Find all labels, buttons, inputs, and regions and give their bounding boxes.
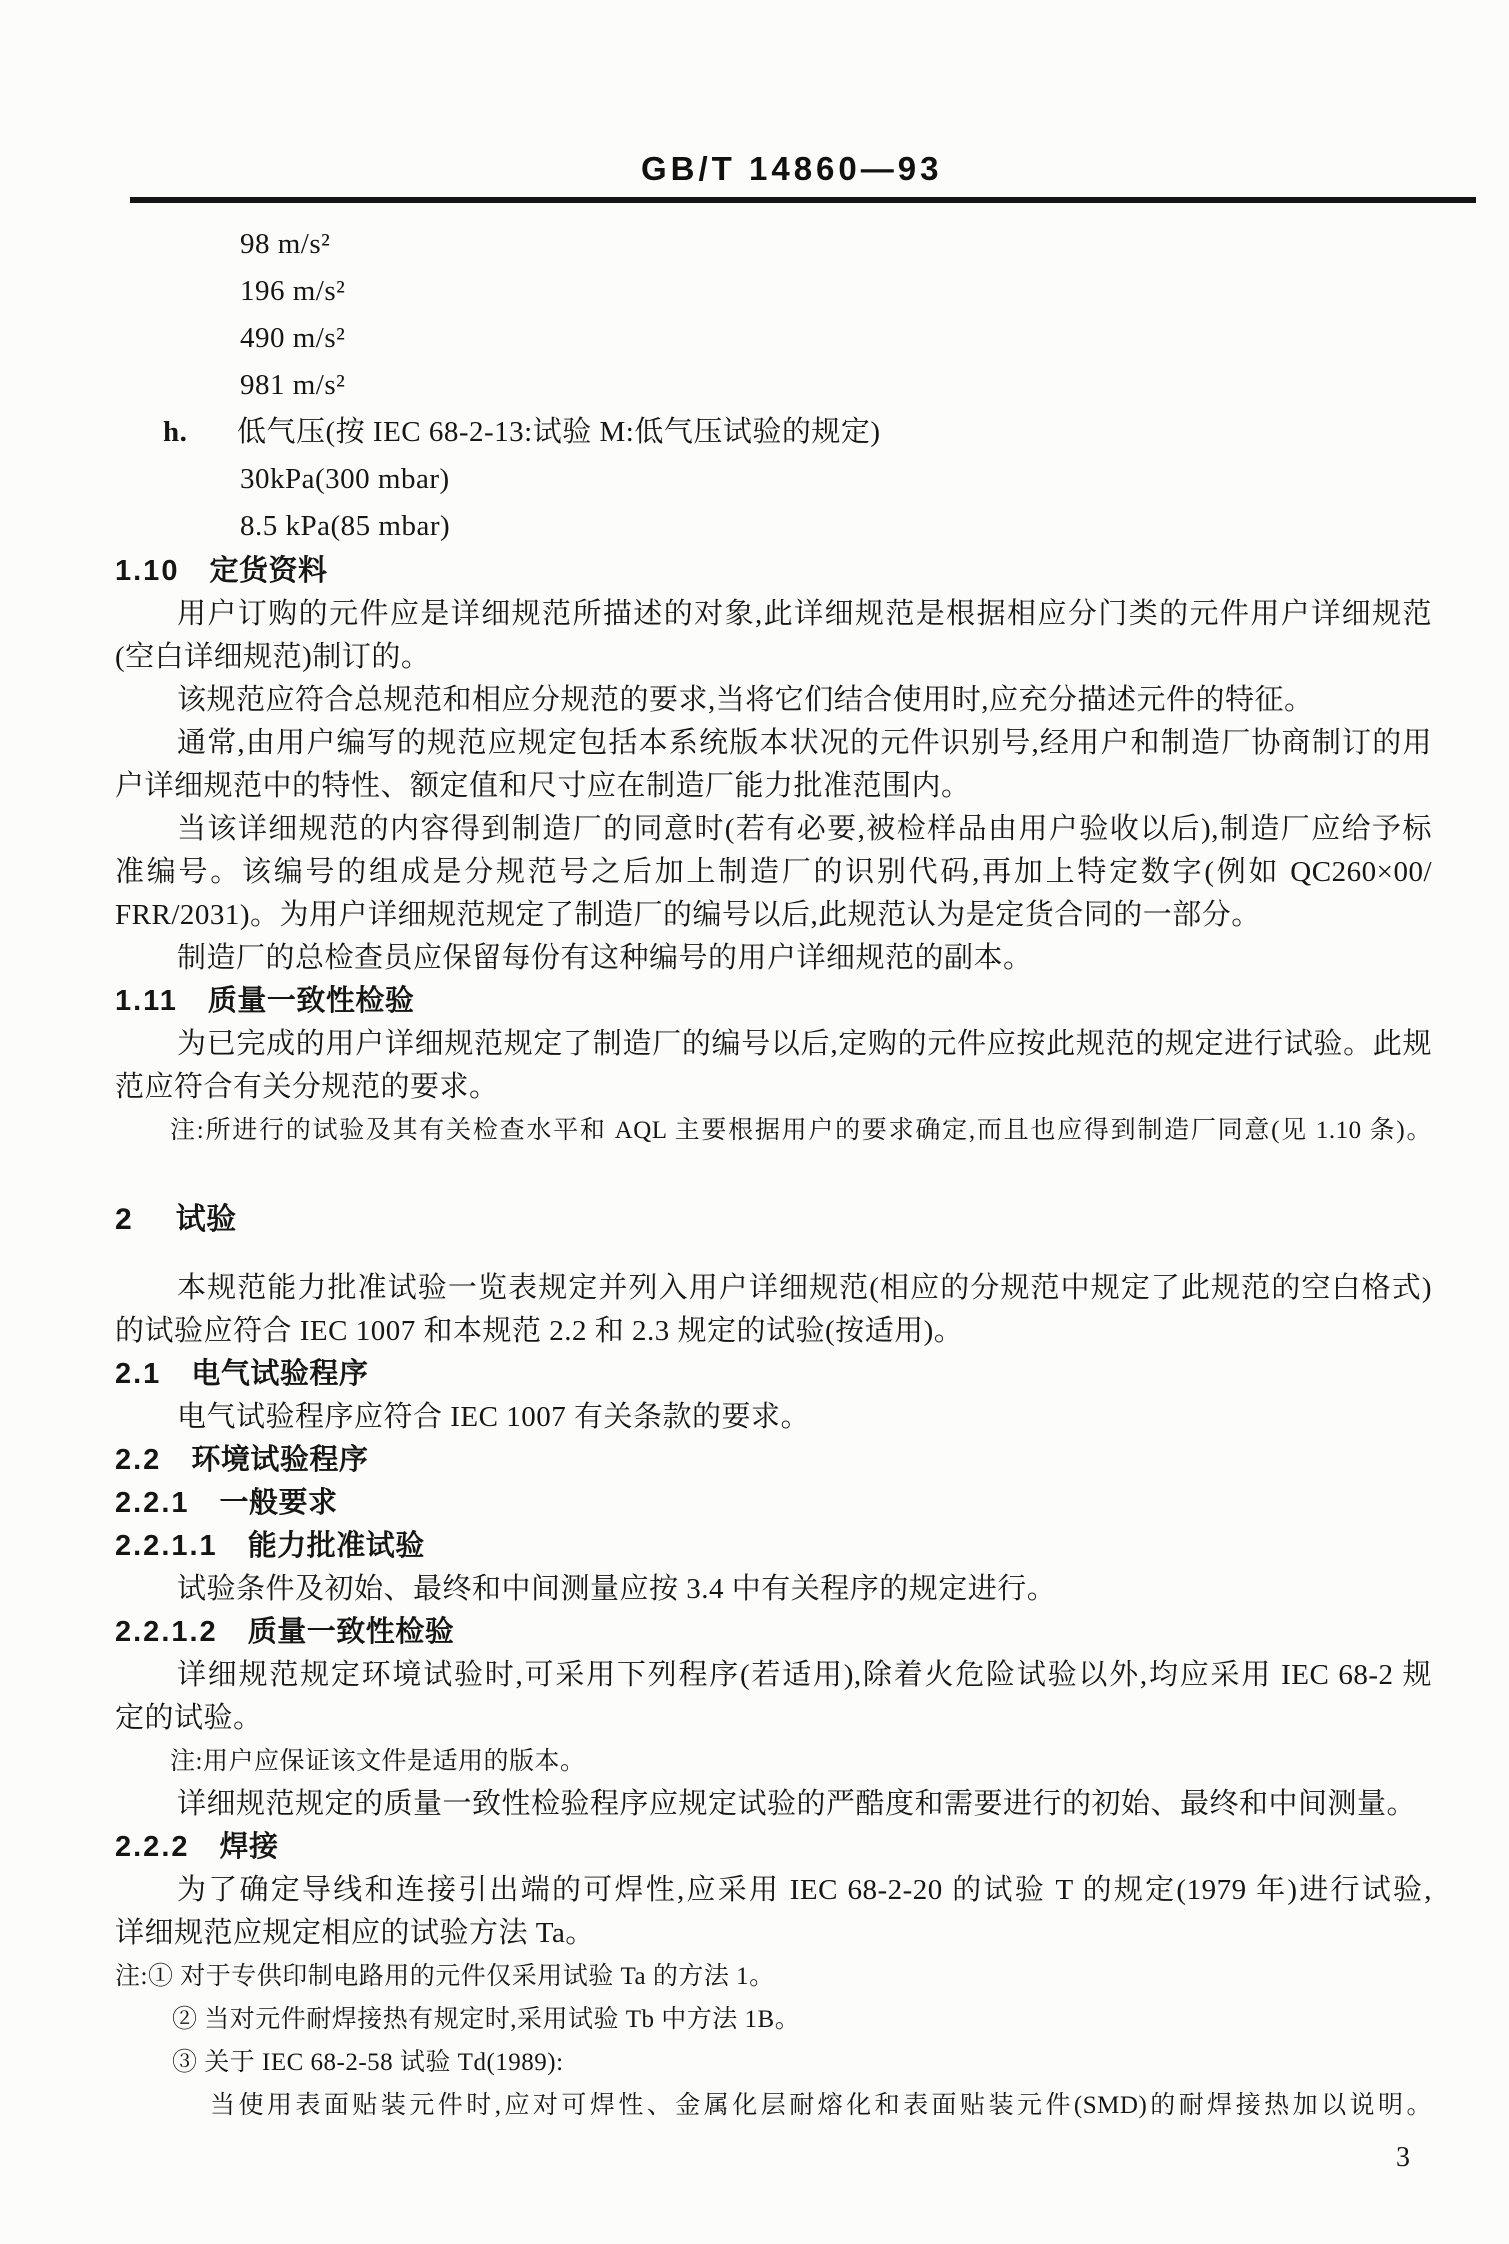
clause-title: 试验: [176, 1203, 237, 1236]
value-line: 490 m/s²: [115, 315, 1432, 362]
value-line: 196 m/s²: [115, 268, 1432, 315]
header-rule: [130, 197, 1476, 203]
value-line: 98 m/s²: [115, 221, 1432, 268]
paragraph-line: 详细规范规定环境试验时,可采用下列程序(若适用),除着火危险试验以外,均应采用 …: [115, 1654, 1432, 1697]
clause-title: 质量一致性检验: [248, 1616, 455, 1648]
clause-heading: 2.2环境试验程序: [115, 1439, 1432, 1482]
paragraph-line: FRR/2031)。为用户详细规范规定了制造厂的编号以后,此规范认为是定货合同的…: [115, 894, 1432, 937]
clause-heading: 2.2.1一般要求: [115, 1482, 1432, 1525]
clause-title: 一般要求: [220, 1487, 338, 1519]
paragraph-line: 试验条件及初始、最终和中间测量应按 3.4 中有关程序的规定进行。: [115, 1568, 1432, 1611]
paragraph-line: 用户订购的元件应是详细规范所描述的对象,此详细规范是根据相应分门类的元件用户详细…: [115, 593, 1432, 636]
clause-heading: 2.1电气试验程序: [115, 1353, 1432, 1396]
item-label: h.: [163, 409, 237, 456]
paragraph-line: 为了确定导线和连接引出端的可焊性,应采用 IEC 68-2-20 的试验 T 的…: [115, 1869, 1432, 1912]
paragraph-line: 准编号。该编号的组成是分规范号之后加上制造厂的识别代码,再加上特定数字(例如 Q…: [115, 851, 1432, 894]
page-number: 3: [1396, 2142, 1410, 2174]
note-line: ③ 关于 IEC 68-2-58 试验 Td(1989):: [115, 2041, 1432, 2084]
item-text: 低气压(按 IEC 68-2-13:试验 M:低气压试验的规定): [237, 416, 881, 448]
chapter-heading: 2试验: [115, 1198, 1432, 1241]
clause-number: 2.2.2: [115, 1831, 190, 1863]
note-line: ② 当对元件耐焊接热有规定时,采用试验 Tb 中方法 1B。: [115, 1998, 1432, 2041]
clause-title: 质量一致性检验: [208, 985, 415, 1017]
clause-title: 电气试验程序: [191, 1358, 368, 1390]
value-line: 30kPa(300 mbar): [115, 456, 1432, 503]
note-line: 当使用表面贴装元件时,应对可焊性、金属化层耐熔化和表面贴装元件(SMD)的耐焊接…: [115, 2084, 1432, 2127]
clause-number: 2.2.1: [115, 1487, 190, 1519]
clause-heading: 2.2.2焊接: [115, 1826, 1432, 1869]
clause-number: 2.2.1.2: [115, 1616, 218, 1648]
clause-title: 环境试验程序: [191, 1444, 368, 1476]
clause-title: 定货资料: [209, 555, 327, 587]
paragraph-line: 通常,由用户编写的规范应规定包括本系统版本状况的元件识别号,经用户和制造厂协商制…: [115, 722, 1432, 765]
note-line: 注:用户应保证该文件是适用的版本。: [115, 1740, 1432, 1783]
clause-number: 2: [115, 1203, 134, 1236]
value-line: 8.5 kPa(85 mbar): [115, 503, 1432, 550]
paragraph-line: 电气试验程序应符合 IEC 1007 有关条款的要求。: [115, 1396, 1432, 1439]
document-page: GB/T 14860—93 98 m/s²196 m/s²490 m/s²981…: [0, 0, 1509, 2244]
paragraph-line: 定的试验。: [115, 1697, 1432, 1740]
clause-heading: 2.2.1.2质量一致性检验: [115, 1611, 1432, 1654]
note-line: 注:所进行的试验及其有关检查水平和 AQL 主要根据用户的要求确定,而且也应得到…: [115, 1109, 1432, 1152]
clause-heading: 2.2.1.1能力批准试验: [115, 1525, 1432, 1568]
paragraph-line: 户详细规范中的特性、额定值和尺寸应在制造厂能力批准范围内。: [115, 765, 1432, 808]
document-body: 98 m/s²196 m/s²490 m/s²981 m/s²h.低气压(按 I…: [115, 221, 1432, 2127]
paragraph-line: 该规范应符合总规范和相应分规范的要求,当将它们结合使用时,应充分描述元件的特征。: [115, 679, 1432, 722]
standard-number: GB/T 14860—93: [641, 150, 942, 188]
clause-heading: 1.11质量一致性检验: [115, 980, 1432, 1023]
clause-number: 2.2: [115, 1444, 161, 1476]
paragraph-line: (空白详细规范)制订的。: [115, 636, 1432, 679]
clause-number: 2.1: [115, 1358, 161, 1390]
clause-heading: 1.10定货资料: [115, 550, 1432, 593]
paragraph-line: 制造厂的总检查员应保留每份有这种编号的用户详细规范的副本。: [115, 937, 1432, 980]
paragraph-line: 详细规范规定的质量一致性检验程序应规定试验的严酷度和需要进行的初始、最终和中间测…: [115, 1783, 1432, 1826]
value-line: 981 m/s²: [115, 362, 1432, 409]
clause-number: 1.10: [115, 555, 179, 587]
paragraph-line: 当该详细规范的内容得到制造厂的同意时(若有必要,被检样品由用户验收以后),制造厂…: [115, 808, 1432, 851]
paragraph-line: 详细规范应规定相应的试验方法 Ta。: [115, 1912, 1432, 1955]
paragraph-line: 范应符合有关分规范的要求。: [115, 1066, 1432, 1109]
list-item-h: h.低气压(按 IEC 68-2-13:试验 M:低气压试验的规定): [115, 409, 1432, 456]
paragraph-line: 的试验应符合 IEC 1007 和本规范 2.2 和 2.3 规定的试验(按适用…: [115, 1310, 1432, 1353]
paragraph-line: 为已完成的用户详细规范规定了制造厂的编号以后,定购的元件应按此规范的规定进行试验…: [115, 1023, 1432, 1066]
clause-number: 2.2.1.1: [115, 1530, 218, 1562]
clause-number: 1.11: [115, 985, 178, 1017]
note-line: 注:① 对于专供印制电路用的元件仅采用试验 Ta 的方法 1。: [115, 1955, 1432, 1998]
clause-title: 焊接: [220, 1831, 279, 1863]
clause-title: 能力批准试验: [248, 1530, 425, 1562]
paragraph-line: 本规范能力批准试验一览表规定并列入用户详细规范(相应的分规范中规定了此规范的空白…: [115, 1267, 1432, 1310]
